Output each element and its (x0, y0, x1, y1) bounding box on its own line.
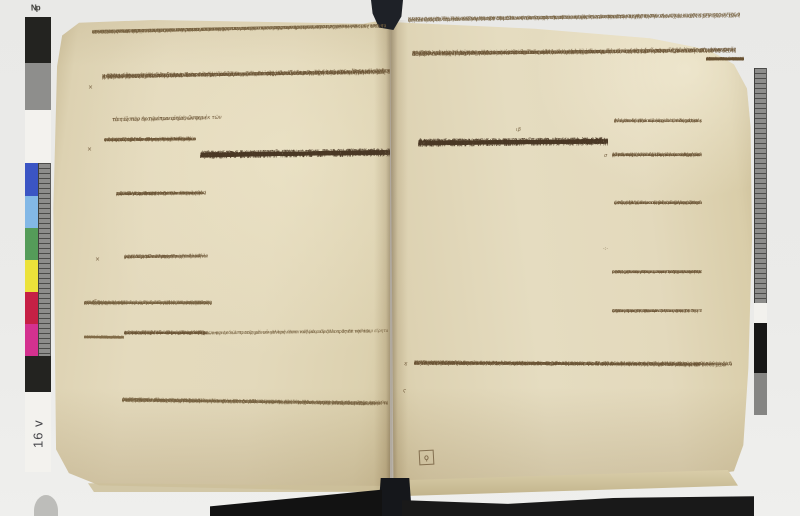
manuscript-photo: Np 16 v ϙ τοῦ δὲ λόγου καὶ περὶ τῶν ἀρχῶ… (0, 0, 800, 516)
calibration-patch (25, 292, 38, 324)
folio-number-label: 16 v (19, 399, 57, 469)
script-line: ν ἐστι τοῖς μὲν οὖν ἄλλοις ἅπασι καθάπερ… (612, 152, 700, 159)
script-line: προειρημένων φανερόν ἐστι τοῖς μὲν οὖν ἄ… (84, 300, 212, 306)
left-bottom-mid: λὰ καὶ κατὰ τὰς τῶν πραγμάτων αἰτίας ὥσπ… (124, 330, 208, 396)
script-line: τίας ὥσπερ ἐκ τῶν προειρημένων φανερόν ἐ… (112, 114, 206, 125)
script-line: προειρημένων φανερόν ἐστι τοῖς μὲν οὖν ἄ… (92, 28, 224, 36)
script-line: ὸς δὲ τὴν τῶν ὅλων φύσιν ἔτι δὲ μᾶλλον ὅ… (612, 270, 702, 277)
left-bottom-column: χῶν ἐπειδὴ γὰρ οὐ μόνον ἐν τούτοις ἀλλὰ … (83, 333, 124, 433)
calibration-patch (754, 303, 767, 323)
margin-mark: × (95, 256, 100, 263)
script-line: ἐπειδὴ γὰρ οὐ μόνον ἐν τούτοις ἀλλὰ καὶ … (122, 397, 202, 406)
script-line: γου καὶ περὶ τῶν ἀρχῶν ἐπειδὴ γὰρ οὐ μόν… (124, 254, 174, 263)
calibration-patch (754, 373, 767, 415)
right-margin-block-4: ν αἰτίας ὥσπερ ἐκ τῶν προειρημένων φανερ… (612, 270, 702, 303)
right-margin-block-2: ρὶ τῶν ἀρχῶν ἐπειδὴ γὰρ οὐ μόνον ἐν τούτ… (612, 152, 702, 194)
calibration-patch (25, 110, 51, 163)
left-main-text: ποιῆται καὶ γὰρ αἱ τῶν σωμάτων κινήσεις … (200, 147, 393, 346)
script-line: των αἰτίας ὥσπερ ἐκ τῶν προειρημένων φαν… (200, 148, 352, 162)
margin-mark: ·:· (603, 246, 608, 252)
left-upper-notes: ὴ γὰρ οὐ μόνον ἐν τούτοις ἀλλὰ καὶ κατὰ … (102, 68, 391, 121)
calibration-color-row (25, 163, 51, 356)
calibration-patch (25, 17, 51, 63)
ruler-ticks (754, 68, 767, 303)
calibration-patch (25, 228, 38, 260)
margin-mark: ϗ (404, 361, 407, 367)
margin-mark: ϛ (93, 298, 97, 305)
right-top-notes: ἴρηται πρὸς δὲ τὴν τῶν ὅλων φύσιν ἔτι δὲ… (408, 12, 740, 47)
calibration-patch (754, 323, 767, 373)
script-line: ἐν τούτοις ἀλλὰ καὶ κατὰ τὰς τῶν πραγμάτ… (614, 118, 699, 125)
left-bottom-row: ὥσπερ ἐκ τῶν προειρημένων φανερόν ἐστι τ… (208, 328, 388, 347)
script-line: ν οὖν ἄλλοις ἅπασι καθάπερ εἴρηται πρὸς … (614, 200, 702, 208)
calibration-patch (25, 260, 38, 292)
cradle-corner (34, 495, 58, 516)
calibration-patch (25, 324, 38, 356)
script-line: οις ἅπασι καθάπερ εἴρηται πρὸς δὲ τὴν τῶ… (414, 360, 557, 370)
left-margin-block-2: ν οὖν ἄλλοις ἅπασι καθάπερ εἴρηται πρὸς … (116, 190, 206, 248)
right-margin-block-5: νερόν ἐστι τοῖς μὲν οὖν ἄλλοις ἅπασι καθ… (612, 309, 702, 343)
marginal-monogram: ϙ (419, 450, 435, 466)
left-bottom-wide: ι τοῖς μὲν οὖν ἄλλοις ἅπασι καθάπερ εἴρη… (121, 397, 388, 465)
margin-mark: × (88, 84, 93, 91)
right-margin-block-3: ούτοις ἀλλὰ καὶ κατὰ τὰς τῶν πραγμάτων α… (614, 200, 702, 238)
ruler-ticks (38, 163, 51, 356)
script-line: αν ἡ ψυχὴ τὴν τῶν νοητῶν θεωρίαν ποιῆται… (124, 330, 208, 338)
script-line: ν ὅταν ἡ ψυχὴ τὴν τῶν νοητῶν θεωρίαν ποι… (612, 309, 657, 316)
margin-mark: × (87, 146, 92, 153)
script-line: ν θεωρίαν ποιῆται καὶ γὰρ αἱ τῶν σωμάτων… (104, 136, 192, 144)
script-line: πραγμάτων αἰτίας ὥσπερ ἐκ τῶν προειρημέν… (706, 55, 743, 63)
script-line: ων φανερόν ἐστι τοῖς μὲν οὖν ἄλλοις ἅπασ… (208, 329, 370, 339)
script-line: ερὶ τῶν ἀρχῶν ἐπειδὴ γὰρ οὐ μόνον ἐν τού… (116, 191, 157, 200)
script-line: καὶ περὶ τῶν ἀρχῶν ἐπειδὴ γὰρ οὐ μόνον ἐ… (84, 333, 123, 342)
script-line: δὴ γὰρ οὐ μόνον ἐν τούτοις ἀλλὰ καὶ κατὰ… (418, 137, 561, 150)
book-cradle-shadow-right (402, 494, 754, 516)
corner-mark-label: Np (31, 2, 65, 15)
margin-mark: ιβ (516, 127, 521, 133)
calibration-patch (25, 356, 51, 392)
margin-mark: σ (604, 153, 607, 159)
calibration-patch (25, 196, 38, 228)
calibration-patch (25, 163, 38, 196)
right-margin-block-1: θεωρίαν ποιῆται καὶ γὰρ αἱ τῶν σωμάτων κ… (614, 118, 702, 146)
ruler-scale-bar (754, 68, 767, 415)
left-margin-block-3: ὸς δὲ τὴν τῶν ὅλων φύσιν ἔτι δὲ μᾶλλον ὅ… (124, 253, 208, 298)
right-main-text: φύσιν ἔτι δὲ μᾶλλον ὅταν ἡ ψυχὴ τὴν τῶν … (418, 136, 610, 334)
margin-mark: ϛ (403, 388, 406, 394)
calibration-patch (25, 63, 51, 110)
script-line: οητῶν θεωρίαν ποιῆται καὶ γὰρ αἱ τῶν σωμ… (408, 13, 657, 25)
left-upper-notes-tail: τὰ τὰς τῶν πραγμάτων αἰτίας ὥσπερ ἐκ τῶν… (112, 114, 222, 134)
left-top-notes: τοῦ δὲ λόγου καὶ περὶ τῶν ἀρχῶν ἐπειδὴ γ… (92, 24, 387, 68)
script-line: ις ἀλλὰ καὶ κατὰ τὰς τῶν πραγμάτων αἰτία… (412, 49, 606, 59)
left-margin-block-1: τῶν προειρημένων φανερόν ἐστι τοῖς μὲν ο… (104, 136, 196, 189)
calibration-colors (25, 163, 38, 356)
right-upper-notes: δὲ μᾶλλον ὅταν ἡ ψυχὴ τὴν τῶν νοητῶν θεω… (412, 47, 737, 102)
right-bottom-notes: ῶν νοητῶν θεωρίαν ποιῆται καὶ γὰρ αἱ τῶν… (414, 360, 732, 440)
